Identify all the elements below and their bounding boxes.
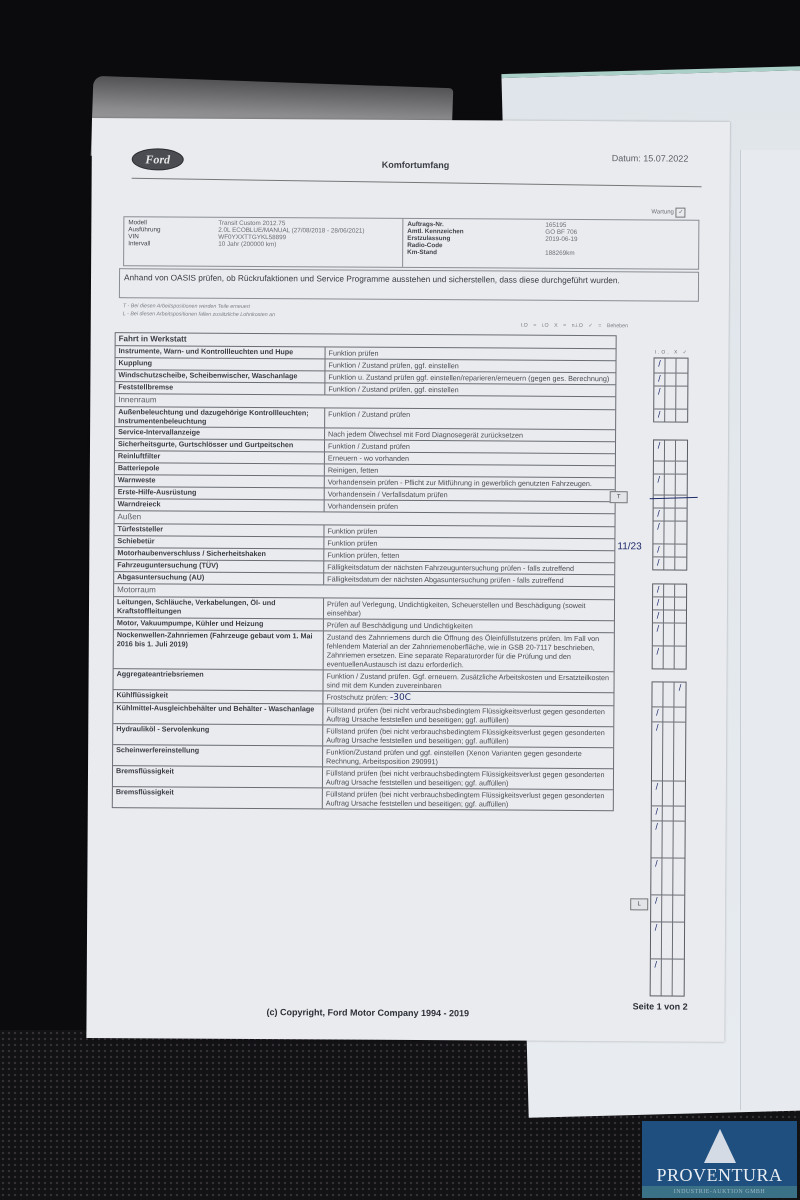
check-cell: [675, 585, 686, 597]
task-description: Vorhandensein prüfen: [325, 500, 615, 513]
task: Sicherheitsgurte, Gurtschlösser und Gurt…: [115, 439, 325, 451]
service-type: Wartung✓: [651, 207, 686, 217]
check-cell: [665, 374, 676, 386]
flag-parts-replaced: T: [610, 491, 628, 503]
check-cell: [665, 410, 676, 422]
table-row: AggregateantriebsriemenFunktion / Zustan…: [114, 669, 614, 693]
check-cell: [663, 683, 674, 707]
task-description: Prüfen auf Beschädigung und Undichtigkei…: [324, 619, 614, 632]
task-description: Funktion/Zustand prüfen und ggf. einstel…: [323, 746, 613, 768]
check-row: /: [651, 922, 684, 959]
legend-key-check: ✓ = Beheben: [588, 323, 628, 329]
check-row: /: [654, 474, 687, 495]
check-mark-icon: /: [653, 557, 664, 569]
order-values: 165195 GO BF 706 2019-06-19 188269km: [541, 220, 669, 269]
task-description: Vorhandensein prüfen - Pflicht zur Mitfü…: [325, 476, 615, 489]
task: Erste-Hilfe-Ausrüstung: [115, 487, 325, 499]
date-value: 15.07.2022: [643, 153, 688, 163]
check-cell: [664, 624, 675, 646]
check-row: [654, 461, 687, 474]
watermark-name: PROVENTURA: [642, 1165, 797, 1186]
check-cell: [665, 387, 676, 409]
label-km-stand: Km-Stand: [407, 249, 537, 257]
check-cell: [663, 723, 674, 781]
task: Kupplung: [115, 358, 325, 370]
check-mark-icon: /: [654, 409, 665, 421]
vehicle-info-box: Modell Ausführung VIN Intervall Transit …: [123, 216, 699, 270]
check-mark-icon: /: [653, 610, 664, 622]
check-cell: [674, 782, 685, 806]
check-grid-motorraum: / / / / / / / / / /: [650, 681, 687, 996]
table-row: Leitungen, Schläuche, Verkabelungen, Öl-…: [114, 597, 614, 621]
task: Nockenwellen-Zahnriemen (Fahrzeuge gebau…: [114, 630, 324, 669]
table-row: Nockenwellen-Zahnriemen (Fahrzeuge gebau…: [114, 630, 614, 672]
check-cell: [673, 822, 684, 858]
check-cell: [663, 708, 674, 722]
task: Motor, Vakuumpumpe, Kühler und Heizung: [114, 618, 324, 630]
task: Feststellbremse: [115, 382, 325, 394]
check-row: /: [653, 646, 686, 668]
check-row: /: [652, 781, 685, 806]
check-cell: [665, 462, 676, 474]
task: Schiebetür: [114, 536, 324, 548]
check-mark-icon: /: [651, 821, 662, 857]
check-row: /: [653, 623, 686, 646]
table-row: Hydrauliköl - ServolenkungFüllstand prüf…: [113, 724, 613, 748]
task-description: Funktion prüfen: [324, 537, 614, 550]
check-cell: [673, 923, 684, 959]
check-cell: [665, 475, 676, 495]
check-cell: [665, 441, 676, 461]
check-cell: [652, 682, 663, 706]
task: Motorhaubenverschluss / Sicherheitshaken: [114, 548, 324, 560]
check-mark-icon: /: [652, 722, 663, 780]
proventura-logo-icon: [704, 1129, 736, 1163]
task-description: Füllstand prüfen (bei nicht verbrauchsbe…: [323, 725, 613, 747]
check-mark-icon: /: [653, 623, 664, 645]
check-cell: [673, 859, 684, 895]
check-row: /: [651, 821, 684, 858]
task: Abgasuntersuchung (AU): [114, 572, 324, 584]
handwritten-side-note: 11/23: [617, 541, 641, 552]
check-cell: [676, 374, 687, 386]
check-cell: [676, 359, 687, 373]
check-mark-icon: /: [651, 858, 662, 894]
label-intervall: Intervall: [128, 240, 210, 248]
table-row: BremsflüssigkeitFüllstand prüfen (bei ni…: [113, 787, 613, 810]
header-divider: [132, 178, 702, 187]
check-cell: [664, 598, 675, 610]
task-description: Erneuern - wo vorhanden: [325, 452, 615, 465]
check-mark-icon: /: [674, 683, 685, 707]
task-description: Fälligkeitsdatum der nächsten Abgasunter…: [324, 573, 614, 586]
check-row: /: [652, 707, 685, 722]
check-cell: [675, 558, 686, 570]
task-description: Füllstand prüfen (bei nicht verbrauchsbe…: [323, 704, 613, 726]
check-cell: [662, 821, 673, 857]
check-cell: [663, 782, 674, 806]
service-type-dropdown: ✓: [676, 208, 686, 218]
ford-logo: Ford: [132, 148, 184, 170]
task: Aggregateantriebsriemen: [114, 669, 324, 690]
task: Scheinwerfereinstellung: [113, 745, 323, 766]
task: Leitungen, Schläuche, Verkabelungen, Öl-…: [114, 597, 324, 618]
task-description: Funktion / Zustand prüfen. Ggf. erneuern…: [324, 670, 614, 692]
task-description: Funktion prüfen: [326, 347, 616, 360]
check-row: /: [653, 610, 686, 623]
task: Warndreieck: [115, 499, 325, 511]
task-description: Funktion prüfen, fetten: [324, 549, 614, 562]
check-cell: [676, 509, 687, 521]
check-grid-aussen: / / / / /: [652, 583, 688, 669]
task-description-text: Frostschutz prüfen:: [326, 692, 388, 701]
task: Windschutzscheibe, Scheibenwischer, Wasc…: [115, 370, 325, 382]
legend-key-x: X = n.i.O: [554, 323, 583, 329]
check-cell: [675, 598, 686, 610]
check-cell: [673, 960, 684, 996]
legend-note-l: L - Bei diesen Arbeitspositionen fallen …: [123, 310, 275, 319]
check-row: /: [651, 959, 684, 995]
task: Reinluftfilter: [115, 451, 325, 463]
check-mark-icon: /: [653, 584, 664, 596]
check-grid-fahrt: / / / /: [653, 357, 688, 422]
legend-key-io: I.O = i.O: [521, 323, 549, 329]
check-grid-header: I.O. X ✓: [655, 349, 689, 355]
check-row: /: [652, 722, 685, 781]
check-mark-icon: /: [654, 474, 665, 494]
check-mark-icon: /: [651, 959, 662, 995]
value-km-stand: 188269km: [545, 250, 665, 258]
task-description: Prüfen auf Verlegung, Undichtigkeiten, S…: [324, 598, 614, 620]
check-mark-icon: /: [654, 358, 665, 372]
task-description: Funktion / Zustand prüfen: [325, 440, 615, 453]
task-description: Funktion / Zustand prüfen, ggf. einstell…: [325, 359, 615, 372]
check-mark-icon: /: [653, 597, 664, 609]
task: Batteriepole: [115, 463, 325, 475]
check-cell: [675, 545, 686, 557]
copyright-footer: (c) Copyright, Ford Motor Company 1994 -…: [267, 1007, 470, 1018]
check-row: /: [653, 584, 686, 597]
check-cell: [674, 807, 685, 821]
task: Türfeststeller: [114, 524, 324, 536]
task: Service-Intervallanzeige: [115, 427, 325, 439]
legend-notes: T - Bei diesen Arbeitspositionen werden …: [123, 302, 275, 319]
check-row: /: [654, 409, 687, 421]
check-row: /: [652, 682, 685, 707]
check-cell: [662, 858, 673, 894]
check-cell: [676, 387, 687, 409]
proventura-watermark: PROVENTURA INDUSTRIE-AUKTION GMBH: [642, 1121, 797, 1198]
task-description: Reinigen, fetten: [325, 464, 615, 477]
task: Fahrzeuguntersuchung (TÜV): [114, 560, 324, 572]
task-description: Füllstand prüfen (bei nicht verbrauchsbe…: [323, 788, 613, 810]
check-cell: [664, 558, 675, 570]
table-row: Kühlmittel-Ausgleichbehälter und Behälte…: [113, 703, 613, 727]
check-cell: [664, 585, 675, 597]
check-cell: [662, 922, 673, 958]
flag-labor-costs: L: [630, 898, 648, 910]
check-cell: [664, 611, 675, 623]
check-row: /: [653, 521, 686, 544]
task: Kühlflüssigkeit: [113, 690, 323, 703]
check-row: /: [654, 358, 687, 373]
check-mark-icon: /: [653, 544, 664, 556]
check-mark-icon: /: [654, 440, 665, 460]
check-cell: [676, 462, 687, 474]
check-mark-icon: /: [654, 508, 665, 520]
task-description: Funktion prüfen: [324, 525, 614, 538]
task: Instrumente, Warn- und Kontrollleuchten …: [116, 346, 326, 358]
check-mark-icon: /: [652, 707, 663, 721]
check-cell: [673, 896, 684, 922]
check-cell: [665, 509, 676, 521]
task-description: Fälligkeitsdatum der nächsten Fahrzeugun…: [324, 561, 614, 574]
task: Außenbeleuchtung und dazugehörige Kontro…: [115, 407, 325, 427]
service-type-label: Wartung: [651, 209, 673, 215]
check-mark-icon: /: [653, 521, 664, 543]
check-cell: [662, 959, 673, 995]
check-row: /: [651, 858, 684, 895]
task: Warnweste: [115, 475, 325, 487]
task: Bremsflüssigkeit: [113, 766, 323, 787]
document-title: Komfortumfang: [382, 160, 450, 170]
task: Kühlmittel-Ausgleichbehälter und Behälte…: [113, 703, 323, 724]
check-mark-icon: /: [653, 646, 664, 668]
table-row: BremsflüssigkeitFüllstand prüfen (bei ni…: [113, 766, 613, 790]
check-cell: [675, 522, 686, 544]
vehicle-values: Transit Custom 2012.75 2.0L ECOBLUE/MANU…: [214, 218, 403, 267]
check-cell: [664, 647, 675, 669]
check-mark-icon: /: [651, 895, 662, 921]
check-row: /: [654, 440, 687, 461]
check-row: /: [651, 895, 684, 922]
check-cell: [663, 806, 674, 820]
task-description: Nach jedem Ölwechsel mit Ford Diagnosege…: [325, 428, 615, 441]
check-row: /: [654, 508, 687, 521]
check-row: /: [654, 373, 687, 386]
task-description: Zustand des Zahnriemens durch die Öffnun…: [324, 631, 614, 671]
check-mark-icon: /: [654, 386, 665, 408]
check-row: /: [653, 544, 686, 557]
vehicle-labels: Modell Ausführung VIN Intervall: [124, 217, 214, 266]
date-label: Datum:: [612, 153, 641, 163]
watermark-subtitle: INDUSTRIE-AUKTION GMBH: [642, 1186, 797, 1198]
check-cell: [674, 723, 685, 781]
check-mark-icon: /: [654, 373, 665, 385]
service-checklist-page: Ford Komfortumfang Datum: 15.07.2022 War…: [86, 118, 730, 1042]
task-description: Vorhandensein / Verfallsdatum prüfen: [325, 488, 615, 501]
task-description: Funktion / Zustand prüfen: [325, 408, 615, 429]
check-mark-icon: /: [652, 806, 663, 820]
page-number: Seite 1 von 2: [633, 1001, 688, 1011]
check-cell: [675, 647, 686, 669]
task: Hydrauliköl - Servolenkung: [113, 724, 323, 745]
check-row: /: [654, 386, 687, 409]
check-cell: [662, 895, 673, 921]
document-date: Datum: 15.07.2022: [612, 153, 689, 163]
task-description: Füllstand prüfen (bei nicht verbrauchsbe…: [323, 767, 613, 789]
oasis-notice: Anhand von OASIS prüfen, ob Rückrufaktio…: [119, 268, 699, 302]
task-description: Frostschutz prüfen: -30C: [323, 691, 613, 705]
check-row: /: [653, 557, 686, 569]
check-cell: [674, 708, 685, 722]
order-labels: Auftrags-Nr. Amtl. Kennzeichen Erstzulas…: [403, 219, 541, 268]
task: Bremsflüssigkeit: [113, 787, 323, 808]
check-grid-innenraum: / / / / / /: [652, 439, 688, 570]
background-paper-edge: [740, 150, 800, 1110]
task-description: Funktion u. Zustand prüfen ggf. einstell…: [325, 371, 615, 384]
check-row: /: [653, 597, 686, 610]
check-cell: [676, 475, 687, 495]
check-cell: [664, 545, 675, 557]
check-row: /: [652, 806, 685, 821]
check-cell: [654, 461, 665, 473]
check-cell: [675, 624, 686, 646]
check-cell: [676, 441, 687, 461]
check-cell: [675, 611, 686, 623]
check-cell: [664, 522, 675, 544]
check-mark-icon: /: [652, 781, 663, 805]
check-mark-icon: /: [651, 922, 662, 958]
legend-keys: I.O = i.O X = n.i.O ✓ = Beheben: [521, 323, 628, 330]
checklist-table: Fahrt in Werkstatt Instrumente, Warn- un…: [112, 332, 617, 811]
value-intervall: 10 Jahr (200000 km): [218, 241, 398, 249]
check-cell: [665, 359, 676, 373]
check-cell: [676, 410, 687, 422]
handwritten-frost-value: -30C: [390, 693, 411, 703]
task-description: Funktion / Zustand prüfen, ggf. einstell…: [325, 383, 615, 396]
table-row: ScheinwerfereinstellungFunktion/Zustand …: [113, 745, 613, 769]
